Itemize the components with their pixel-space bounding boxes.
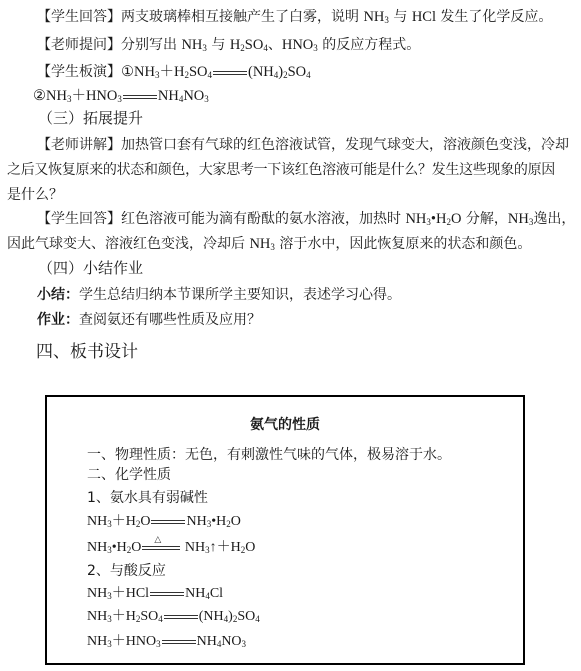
equation-2: ②NH3＋HNO3NH4NO3 bbox=[33, 87, 209, 105]
board-equation-2: NH3•H2O△ NH3↑＋H2O bbox=[87, 539, 255, 557]
equals-sign-icon bbox=[151, 520, 185, 524]
board-design-box: 氨气的性质 一、物理性质：无色，有刺激性气味的气体，极易溶于水。 二、化学性质 … bbox=[45, 395, 525, 665]
heat-equals-sign-icon: △ bbox=[142, 546, 180, 550]
equation-1: ①NH3＋H2SO4(NH4)2SO4 bbox=[121, 64, 311, 80]
teacher-question: 【老师提问】分别写出 NH3 与 H2SO4、HNO3 的反应方程式。 bbox=[37, 36, 420, 54]
board-equation-4: NH3＋H2SO4(NH4)2SO4 bbox=[87, 608, 260, 626]
student-answer-2-line1: 【学生回答】红色溶液可能为滴有酚酞的氨水溶液，加热时 NH3•H2O 分解，NH… bbox=[37, 210, 575, 228]
equals-sign-icon bbox=[123, 95, 157, 99]
teacher-explanation-line2: 之后又恢复原来的状态和颜色，大家思考一下该红色溶液可能是什么？发生这些现象的原因 bbox=[7, 161, 555, 179]
board-item-ammonia-water: 1、氨水具有弱碱性 bbox=[87, 489, 208, 507]
teacher-explanation-line3: 是什么？ bbox=[7, 186, 63, 204]
heat-triangle-icon: △ bbox=[154, 536, 161, 545]
board-equation-5: NH3＋HNO3NH4NO3 bbox=[87, 633, 246, 651]
board-equation-1: NH3＋H2ONH3•H2O bbox=[87, 513, 241, 531]
equals-sign-icon bbox=[164, 615, 198, 619]
board-equation-3: NH3＋HClNH4Cl bbox=[87, 585, 223, 603]
board-item-acid-reaction: 2、与酸反应 bbox=[87, 562, 166, 580]
subsection-summary-homework: （四）小结作业 bbox=[38, 259, 143, 277]
student-board-work: 【学生板演】①NH3＋H2SO4(NH4)2SO4 bbox=[37, 63, 311, 81]
formula-nh3: NH3 bbox=[363, 9, 388, 25]
equals-sign-icon bbox=[162, 640, 196, 644]
board-item-chemical: 二、化学性质 bbox=[87, 466, 171, 484]
summary-line: 小结：学生总结归纳本节课所学主要知识，表述学习心得。 bbox=[37, 286, 401, 304]
board-item-physical: 一、物理性质：无色，有刺激性气味的气体，极易溶于水。 bbox=[87, 446, 451, 464]
equals-sign-icon bbox=[213, 71, 247, 75]
label: 【老师提问】 bbox=[37, 37, 121, 53]
homework-line: 作业：查阅氨还有哪些性质及应用？ bbox=[37, 311, 261, 329]
subsection-extension: （三）拓展提升 bbox=[38, 109, 143, 127]
label: 【学生板演】 bbox=[37, 64, 121, 80]
board-title: 氨气的性质 bbox=[47, 414, 523, 434]
equals-sign-icon bbox=[150, 592, 184, 596]
section-heading-board-design: 四、板书设计 bbox=[36, 341, 138, 363]
formula-hcl: HCl bbox=[412, 9, 436, 25]
label: 【学生回答】 bbox=[37, 9, 121, 25]
student-answer-2-line2: 因此气球变大、溶液红色变浅，冷却后 NH3 溶于水中，因此恢复原来的状态和颜色。 bbox=[7, 235, 531, 253]
teacher-explanation-line1: 【老师讲解】加热管口套有气球的红色溶液试管，发现气球变大，溶液颜色变浅，冷却 bbox=[37, 136, 569, 154]
student-answer-1: 【学生回答】两支玻璃棒相互接触产生了白雾，说明 NH3 与 HCl 发生了化学反… bbox=[37, 8, 552, 26]
